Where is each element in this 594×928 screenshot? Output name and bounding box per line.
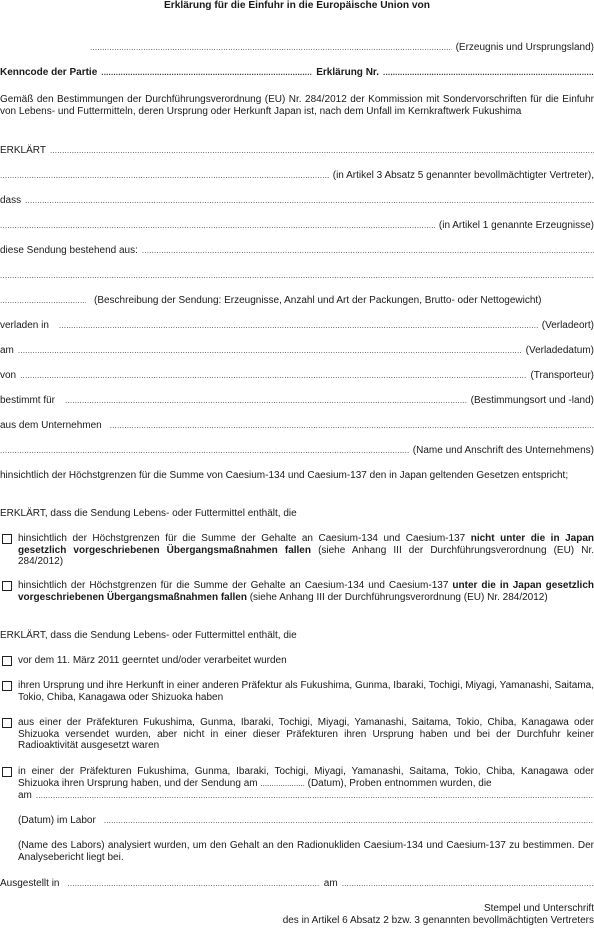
section2-option-4: in einer der Präfekturen Fukushima, Gunm… [0, 766, 594, 789]
representative-label: (in Artikel 3 Absatz 5 genannter bevollm… [333, 170, 594, 182]
checkbox[interactable] [2, 681, 12, 691]
carrier-field[interactable] [20, 370, 526, 382]
company-row: (Name und Anschrift des Unternehmens) [0, 445, 594, 457]
by-label: von [0, 370, 16, 382]
destined-label: bestimmt für [0, 395, 55, 407]
section2-option-2: ihren Ursprung und ihre Herkunft in eine… [0, 680, 594, 703]
issued-row: Ausgestellt in am [0, 878, 594, 890]
section1-option-1: hinsichtlich der Höchstgrenzen für die S… [0, 533, 594, 568]
loaded-in-row: verladen in (Verladeort) [0, 320, 594, 332]
section1-heading-bold: ERKLÄRT [0, 508, 45, 519]
checkbox[interactable] [2, 656, 12, 666]
signature-line-2: des in Artikel 6 Absatz 2 bzw. 3 genannt… [283, 915, 594, 927]
product-origin-field[interactable] [90, 42, 452, 54]
option-text: aus einer der Präfekturen Fukushima, Gun… [18, 717, 594, 752]
company-field[interactable] [0, 445, 409, 457]
loaded-in-label: verladen in [0, 320, 49, 332]
section2-option-1: vor dem 11. März 2011 geerntet und/oder … [0, 655, 594, 667]
that-field[interactable] [25, 195, 594, 207]
section2-heading-bold: ERKLÄRT [0, 630, 45, 641]
loading-place-field[interactable] [59, 320, 538, 332]
checkbox[interactable] [2, 767, 12, 777]
section2-option-3: aus einer der Präfekturen Fukushima, Gun… [0, 717, 594, 752]
section1-heading-text: , dass die Sendung Lebens- oder Futtermi… [45, 508, 297, 519]
sample-date-field[interactable]: .................... [260, 779, 304, 788]
lot-code-field[interactable] [101, 67, 312, 79]
consignment-field[interactable] [142, 245, 594, 257]
section1-heading: ERKLÄRT, dass die Sendung Lebens- oder F… [0, 508, 594, 520]
document-title: Erklärung für die Einfuhr in die Europäi… [0, 0, 594, 12]
company-label: (Name und Anschrift des Unternehmens) [413, 445, 594, 457]
issued-on-label: am [324, 878, 338, 890]
from-company-row: aus dem Unternehmen [0, 420, 594, 432]
analysis-date-field[interactable] [36, 790, 594, 802]
products-label: (in Artikel 1 genannte Erzeugnisse) [439, 220, 594, 232]
description-label: (Beschreibung der Sendung: Erzeugnisse, … [94, 295, 542, 307]
option-text: hinsichtlich der Höchstgrenzen für die S… [18, 533, 594, 568]
destination-row: bestimmt für (Bestimmungsort und -land) [0, 395, 594, 407]
product-origin-label: (Erzeugnis und Ursprungsland) [456, 42, 594, 54]
destination-field[interactable] [65, 395, 467, 407]
compliance-paragraph: hinsichtlich der Höchstgrenzen für die S… [0, 470, 594, 482]
from-company-label: aus dem Unternehmen [0, 420, 102, 432]
destination-label: (Bestimmungsort und -land) [471, 395, 594, 407]
carrier-row: von (Transporteur) [0, 370, 594, 382]
checkbox[interactable] [2, 718, 12, 728]
issued-in-label: Ausgestellt in [0, 878, 59, 890]
declares-row: ERKLÄRT [0, 145, 594, 157]
that-label: dass [0, 195, 21, 207]
declaration-no-field[interactable] [383, 67, 594, 79]
intro-paragraph: Gemäß den Bestimmungen der Durchführungs… [0, 94, 594, 117]
analysis-date-row: am [18, 790, 594, 802]
description-row: (Beschreibung der Sendung: Erzeugnisse, … [0, 295, 594, 307]
option-text: ihren Ursprung und ihre Herkunft in eine… [18, 680, 594, 703]
am-label: am [18, 790, 32, 802]
declaration-no-label: Erklärung Nr. [316, 67, 379, 79]
consignment-field-2[interactable] [0, 270, 594, 282]
loading-date-label: (Verladedatum) [526, 345, 594, 357]
declares-label: ERKLÄRT [0, 145, 46, 157]
loading-date-row: am (Verladedatum) [0, 345, 594, 357]
that-row: dass [0, 195, 594, 207]
consignment-row-2 [0, 270, 594, 282]
issued-date-field[interactable] [342, 878, 594, 890]
carrier-label: (Transporteur) [530, 370, 594, 382]
section2-heading-text: , dass die Sendung Lebens- oder Futtermi… [45, 630, 297, 641]
checkbox[interactable] [2, 581, 12, 591]
issued-place-field[interactable] [67, 878, 319, 890]
signature-line-1: Stempel und Unterschrift [484, 903, 594, 915]
products-field[interactable] [0, 220, 435, 232]
loading-date-field[interactable] [18, 345, 522, 357]
option-text: hinsichtlich der Höchstgrenzen für die S… [18, 580, 594, 603]
option-text: in einer der Präfekturen Fukushima, Gunm… [18, 766, 594, 789]
lab-row: (Datum) im Labor [18, 815, 594, 827]
section2-heading: ERKLÄRT, dass die Sendung Lebens- oder F… [0, 630, 594, 642]
product-origin-row: (Erzeugnis und Ursprungsland) [86, 42, 594, 54]
from-company-field[interactable] [110, 420, 594, 432]
section1-option-2: hinsichtlich der Höchstgrenzen für die S… [0, 580, 594, 603]
representative-field[interactable] [0, 170, 329, 182]
consignment-row: diese Sendung bestehend aus: [0, 245, 594, 257]
lab-field[interactable] [104, 815, 594, 827]
representative-row: (in Artikel 3 Absatz 5 genannter bevollm… [0, 170, 594, 182]
consignment-label: diese Sendung bestehend aus: [0, 245, 138, 257]
lot-code-label: Kenncode der Partie [0, 67, 97, 79]
lab-label: (Datum) im Labor [18, 815, 96, 827]
loading-place-label: (Verladeort) [542, 320, 594, 332]
option-text: vor dem 11. März 2011 geerntet und/oder … [18, 655, 594, 667]
description-field[interactable] [0, 295, 86, 307]
checkbox[interactable] [2, 534, 12, 544]
on-label: am [0, 345, 14, 357]
products-row: (in Artikel 1 genannte Erzeugnisse) [0, 220, 594, 232]
declarant-field[interactable] [50, 145, 594, 157]
lot-code-row: Kenncode der Partie Erklärung Nr. [0, 67, 594, 79]
lab-analysis-text: (Name des Labors) analysiert wurden, um … [18, 840, 594, 863]
